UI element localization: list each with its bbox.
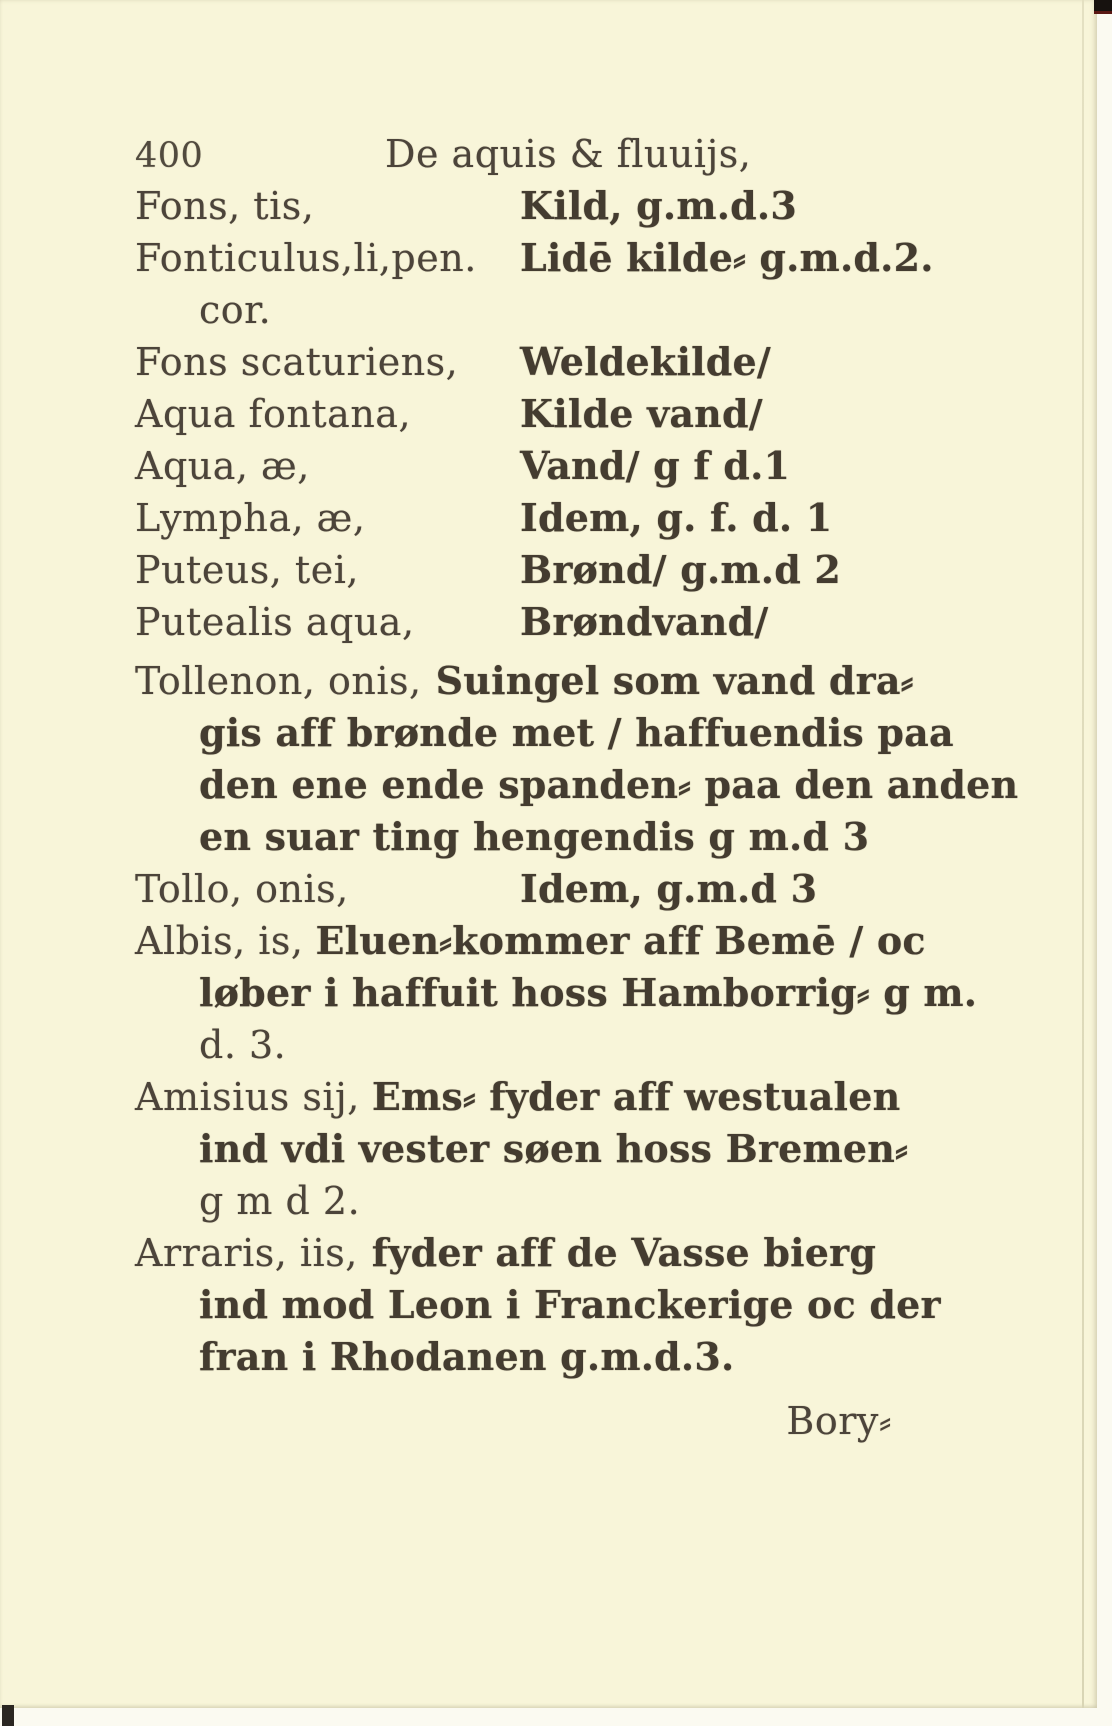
entry-tollenon-cont: gis aff brønde met / haffuendis paa xyxy=(135,707,950,759)
danish-gloss: Brønd/ g.m.d 2 xyxy=(520,544,841,596)
danish-gloss-continuation: g m d 2. xyxy=(199,1175,360,1227)
danish-gloss-continuation: d. 3. xyxy=(199,1019,286,1071)
latin-lemma: Puteus, tei, xyxy=(135,544,520,596)
danish-gloss-continuation: ind mod Leon i Franckerige oc der xyxy=(199,1279,941,1331)
entry-tollenon-cont: en suar ting hengendis g m.d 3 xyxy=(135,811,950,863)
entry-arraris-cont: ind mod Leon i Franckerige oc der xyxy=(135,1279,950,1331)
scan-corner-artifact-bottom-left xyxy=(2,1705,14,1726)
entry-albis-cont: d. 3. xyxy=(135,1019,950,1071)
danish-gloss-continuation: løber i haffuit hoss Hamborrig⸗ g m. xyxy=(199,967,977,1019)
danish-gloss: Vand/ g f d.1 xyxy=(520,440,790,492)
paper-edge xyxy=(1082,0,1084,1708)
page-number: 400 xyxy=(135,130,385,182)
entry-amisius-cont: ind vdi vester søen hoss Bremen⸗ xyxy=(135,1123,950,1175)
danish-gloss: Idem, g. f. d. 1 xyxy=(520,492,832,544)
entry-arraris-cont: fran i Rhodanen g.m.d.3. xyxy=(135,1331,950,1383)
danish-gloss: Kild, g.m.d.3 xyxy=(520,180,797,232)
catchword-line: Bory⸗ xyxy=(135,1395,950,1447)
latin-lemma-continuation: cor. xyxy=(199,284,271,336)
latin-lemma: Lympha, æ, xyxy=(135,492,520,544)
latin-lemma: Fons scaturiens, xyxy=(135,336,520,388)
page-text-block: 400 De aquis & fluuijs, Fons, tis, Kild,… xyxy=(135,128,950,1447)
danish-gloss: Lidē kilde⸗ g.m.d.2. xyxy=(520,232,934,284)
danish-gloss: Suingel som vand dra⸗ xyxy=(422,655,914,707)
danish-gloss: Brøndvand/ xyxy=(520,596,768,648)
latin-lemma: Aqua, æ, xyxy=(135,440,520,492)
latin-lemma: Fons, tis, xyxy=(135,180,520,232)
entry-albis-cont: løber i haffuit hoss Hamborrig⸗ g m. xyxy=(135,967,950,1019)
entry-tollo: Tollo, onis, Idem, g.m.d 3 xyxy=(135,863,950,915)
danish-gloss-continuation: fran i Rhodanen g.m.d.3. xyxy=(199,1331,734,1383)
entry-albis: Albis, is, Eluen⸗kommer aff Bemē / oc xyxy=(135,915,950,967)
danish-gloss-continuation: gis aff brønde met / haffuendis paa xyxy=(199,707,954,759)
danish-gloss-continuation: en suar ting hengendis g m.d 3 xyxy=(199,811,869,863)
danish-gloss: Ems⸗ fyder aff westualen xyxy=(360,1071,901,1123)
latin-lemma: Putealis aqua, xyxy=(135,596,520,648)
entry-fons-scaturiens: Fons scaturiens, Weldekilde/ xyxy=(135,336,950,388)
latin-lemma: Arraris, iis, xyxy=(135,1227,358,1279)
entry-amisius: Amisius sij, Ems⸗ fyder aff westualen xyxy=(135,1071,950,1123)
danish-gloss: Weldekilde/ xyxy=(520,336,771,388)
latin-lemma: Fonticulus,li,pen. xyxy=(135,232,520,284)
danish-gloss: Kilde vand/ xyxy=(520,388,763,440)
page-header: 400 De aquis & fluuijs, xyxy=(135,128,950,180)
danish-gloss: Idem, g.m.d 3 xyxy=(520,863,817,915)
entry-amisius-cont: g m d 2. xyxy=(135,1175,950,1227)
danish-gloss-continuation: den ene ende spanden⸗ paa den anden xyxy=(199,759,1018,811)
entry-fons: Fons, tis, Kild, g.m.d.3 xyxy=(135,180,950,232)
latin-lemma: Tollo, onis, xyxy=(135,863,520,915)
entry-fonticulus-cont: cor. xyxy=(135,284,950,336)
entry-aqua: Aqua, æ, Vand/ g f d.1 xyxy=(135,440,950,492)
entry-tollenon: Tollenon, onis, Suingel som vand dra⸗ xyxy=(135,655,950,707)
scan-corner-artifact-top-right xyxy=(1094,0,1112,14)
entry-puteus: Puteus, tei, Brønd/ g.m.d 2 xyxy=(135,544,950,596)
danish-gloss-continuation: ind vdi vester søen hoss Bremen⸗ xyxy=(199,1123,908,1175)
latin-lemma: Aqua fontana, xyxy=(135,388,520,440)
entry-aqua-fontana: Aqua fontana, Kilde vand/ xyxy=(135,388,950,440)
danish-gloss: fyder aff de Vasse bierg xyxy=(358,1227,876,1279)
latin-lemma: Tollenon, onis, xyxy=(135,655,422,707)
danish-gloss: Eluen⸗kommer aff Bemē / oc xyxy=(303,915,925,967)
entry-arraris: Arraris, iis, fyder aff de Vasse bierg xyxy=(135,1227,950,1279)
entry-fonticulus: Fonticulus,li,pen. Lidē kilde⸗ g.m.d.2. xyxy=(135,232,950,284)
running-title: De aquis & fluuijs, xyxy=(385,128,751,180)
entry-tollenon-cont: den ene ende spanden⸗ paa den anden xyxy=(135,759,950,811)
entry-lympha: Lympha, æ, Idem, g. f. d. 1 xyxy=(135,492,950,544)
latin-lemma: Albis, is, xyxy=(135,915,303,967)
catchword: Bory⸗ xyxy=(786,1395,892,1447)
latin-lemma: Amisius sij, xyxy=(135,1071,360,1123)
entry-putealis: Putealis aqua, Brøndvand/ xyxy=(135,596,950,648)
